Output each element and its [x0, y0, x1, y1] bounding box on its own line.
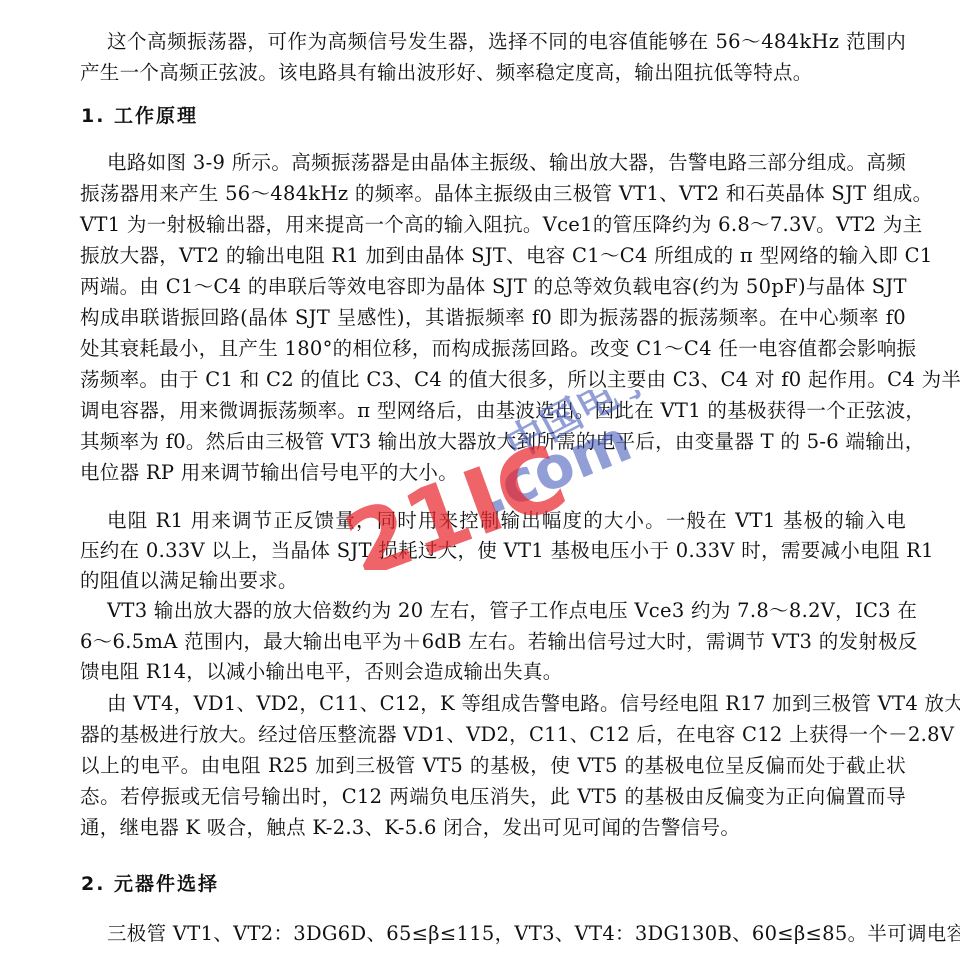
s1p2-line-1: 电阻 R1 用来调节正反馈量，同时用来控制输出幅度的大小。一般在 VT1 基极的… — [107, 509, 906, 533]
s1p1-line-5: 两端。由 C1～C4 的串联后等效电容即为晶体 SJT 的总等效负载电容(约为 … — [80, 275, 906, 299]
s1p1-line-9: 调电容器，用来微调振荡频率。π 型网络后，由基波选出。因此在 VT1 的基极获得… — [80, 399, 906, 423]
s1p3-line-2: 6～6.5mA 范围内，最大输出电平为＋6dB 左右。若输出信号过大时，需调节 … — [80, 630, 906, 654]
s1p1-line-4: 振放大器，VT2 的输出电阻 R1 加到由晶体 SJT、电容 C1～C4 所组成… — [80, 244, 906, 268]
s1p3-line-3: 馈电阻 R14，以减小输出电平，否则会造成输出失真。 — [80, 660, 906, 684]
s1p4-line-4: 态。若停振或无信号输出时，C12 两端负电压消失，此 VT5 的基极由反偏变为正… — [80, 785, 906, 809]
section-heading-component-selection: 2. 元器件选择 — [81, 872, 219, 896]
s1p1-line-7: 处其衰耗最小，且产生 180°的相位移，而构成振荡回路。改变 C1～C4 任一电… — [80, 337, 906, 361]
s1p1-line-8: 荡频率。由于 C1 和 C2 的值比 C3、C4 的值大很多，所以主要由 C3、… — [80, 368, 906, 392]
s1p1-line-11: 电位器 RP 用来调节输出信号电平的大小。 — [80, 461, 906, 485]
s1p1-line-2: 振荡器用来产生 56～484kHz 的频率。晶体主振级由三极管 VT1、VT2 … — [80, 182, 906, 206]
s1p4-line-1: 由 VT4，VD1、VD2，C11、C12，K 等组成告警电路。信号经电阻 R1… — [107, 692, 906, 716]
intro-line-2: 产生一个高频正弦波。该电路具有输出波形好、频率稳定度高，输出阻抗低等特点。 — [80, 61, 906, 85]
s1p3-line-1: VT3 输出放大器的放大倍数约为 20 左右，管子工作点电压 Vce3 约为 7… — [107, 599, 906, 623]
section-heading-working-principle: 1. 工作原理 — [81, 104, 198, 128]
s1p2-line-3: 的阻值以满足输出要求。 — [80, 569, 906, 593]
s1p1-line-10: 其频率为 f0。然后由三极管 VT3 输出放大器放大到所需的电平后，由变量器 T… — [80, 430, 906, 454]
s2p1-line-1: 三极管 VT1、VT2：3DG6D、65≤β≤115，VT3、VT4：3DG13… — [107, 922, 906, 946]
s1p1-line-1: 电路如图 3-9 所示。高频振荡器是由晶体主振级、输出放大器，告警电路三部分组成… — [107, 151, 906, 175]
s1p4-line-3: 以上的电平。由电阻 R25 加到三极管 VT5 的基极，使 VT5 的基极电位呈… — [80, 754, 906, 778]
s1p2-line-2: 压约在 0.33V 以上，当晶体 SJT 损耗过大，使 VT1 基极电压小于 0… — [80, 539, 906, 563]
s1p1-line-3: VT1 为一射极输出器，用来提高一个高的输入阻抗。Vce1的管压降约为 6.8～… — [80, 213, 906, 237]
document-page: 这个高频振荡器，可作为高频信号发生器，选择不同的电容值能够在 56～484kHz… — [0, 0, 960, 954]
s1p4-line-2: 器的基极进行放大。经过倍压整流器 VD1、VD2，C11、C12 后，在电容 C… — [80, 723, 906, 747]
s1p1-line-6: 构成串联谐振回路(晶体 SJT 呈感性)，其谐振频率 f0 即为振荡器的振荡频率… — [80, 306, 906, 330]
intro-line-1: 这个高频振荡器，可作为高频信号发生器，选择不同的电容值能够在 56～484kHz… — [107, 30, 906, 54]
s1p4-line-5: 通，继电器 K 吸合，触点 K-2.3、K-5.6 闭合，发出可见可闻的告警信号… — [80, 816, 906, 840]
